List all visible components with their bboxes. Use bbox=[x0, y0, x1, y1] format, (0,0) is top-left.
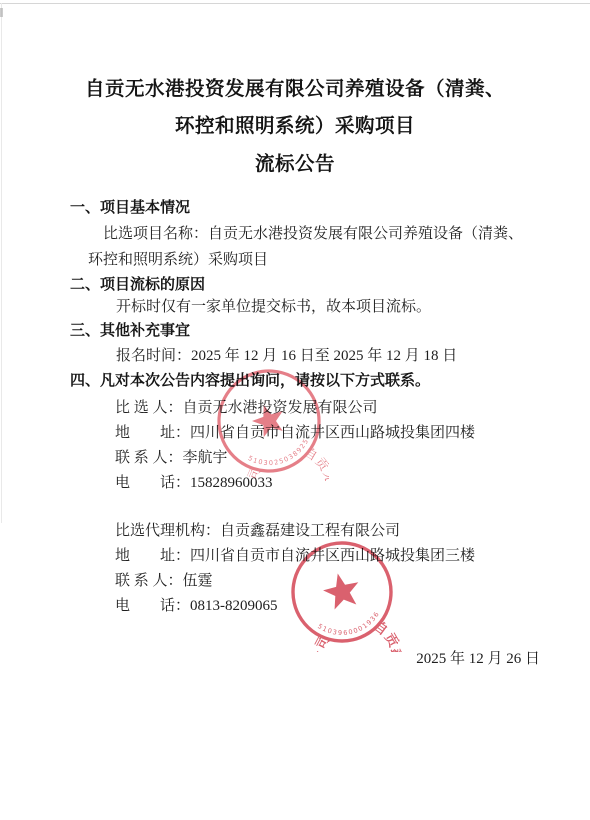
scan-artifact-mark bbox=[0, 8, 3, 17]
section-3-text-line-1: 报名时间：2025 年 12 月 16 日至 2025 年 12 月 18 日 bbox=[116, 347, 457, 365]
scan-edge-top bbox=[0, 3, 590, 4]
buyer-row-address: 地 址：四川省自贡市自流井区西山路城投集团四楼 bbox=[115, 424, 475, 442]
document-title-line-2: 环控和照明系统）采购项目 bbox=[0, 110, 590, 138]
document-title-line-1: 自贡无水港投资发展有限公司养殖设备（清粪、 bbox=[0, 73, 590, 101]
svg-text:自贡鑫磊建设工程有限公司: 自贡鑫磊建设工程有限公司 bbox=[303, 613, 402, 652]
buyer-address-label: 地 址： bbox=[115, 425, 190, 441]
section-2-heading: 二、项目流标的原因 bbox=[70, 276, 205, 294]
section-4-heading: 四、凡对本次公告内容提出询问，请按以下方式联系。 bbox=[70, 372, 430, 390]
buyer-name-value: 自贡无水港投资发展有限公司 bbox=[183, 400, 378, 416]
agency-address-label: 地 址： bbox=[115, 548, 190, 564]
agency-name-label: 比选代理机构： bbox=[115, 523, 220, 539]
agency-row-contact: 联 系 人：伍霆 bbox=[115, 572, 213, 590]
seal-company-text: 自贡鑫磊建设工程有限公司 bbox=[303, 613, 402, 652]
buyer-contact-label: 联 系 人： bbox=[115, 450, 183, 466]
svg-text:5103960001936: 5103960001936 bbox=[315, 608, 385, 643]
buyer-name-label: 比 选 人： bbox=[115, 400, 183, 416]
buyer-row-name: 比 选 人：自贡无水港投资发展有限公司 bbox=[115, 399, 378, 417]
document-title-line-3: 流标公告 bbox=[0, 148, 590, 176]
agency-contact-label: 联 系 人： bbox=[115, 573, 183, 589]
buyer-contact-value: 李航宇 bbox=[183, 450, 228, 466]
seal-star-icon bbox=[320, 569, 363, 611]
seal-serial-number: 5103960001936 bbox=[315, 608, 385, 643]
agency-phone-label: 电 话： bbox=[115, 598, 190, 614]
agency-contact-value: 伍霆 bbox=[183, 573, 213, 589]
agency-row-name: 比选代理机构：自贡鑫磊建设工程有限公司 bbox=[115, 522, 400, 540]
buyer-row-contact: 联 系 人：李航宇 bbox=[115, 449, 228, 467]
scanned-document-screenshot: { "document": { "title": { "line1": "自贡无… bbox=[0, 0, 590, 820]
section-3-heading: 三、其他补充事宜 bbox=[70, 322, 190, 340]
agency-row-phone: 电 话：0813-8209065 bbox=[115, 597, 278, 615]
section-1-heading: 一、项目基本情况 bbox=[70, 199, 190, 217]
agency-phone-value: 0813-8209065 bbox=[190, 598, 278, 614]
agency-name-value: 自贡鑫磊建设工程有限公司 bbox=[220, 523, 400, 539]
section-1-text-line-1: 比选项目名称：自贡无水港投资发展有限公司养殖设备（清粪、 bbox=[103, 225, 523, 243]
document-date: 2025 年 12 月 26 日 bbox=[416, 650, 540, 668]
agency-row-address: 地 址：四川省自贡市自流井区西山路城投集团三楼 bbox=[115, 547, 475, 565]
buyer-row-phone: 电 话：15828960033 bbox=[115, 474, 273, 492]
buyer-phone-value: 15828960033 bbox=[190, 475, 273, 491]
buyer-address-value: 四川省自贡市自流井区西山路城投集团四楼 bbox=[190, 425, 475, 441]
agency-address-value: 四川省自贡市自流井区西山路城投集团三楼 bbox=[190, 548, 475, 564]
buyer-phone-label: 电 话： bbox=[115, 475, 190, 491]
section-2-text-line-1: 开标时仅有一家单位提交标书，故本项目流标。 bbox=[116, 298, 431, 316]
section-1-text-line-2: 环控和照明系统）采购项目 bbox=[88, 251, 268, 269]
